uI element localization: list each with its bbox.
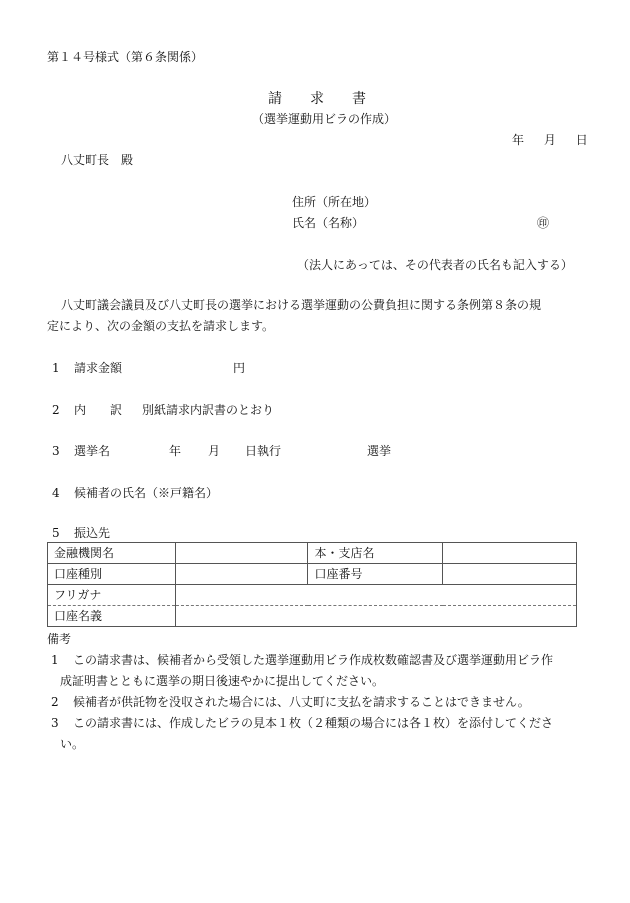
branch-name-field[interactable] [443, 543, 577, 564]
date-day: 日 [576, 133, 588, 147]
item-label: 振込先 [74, 526, 110, 540]
body-text-line2: 定により、次の金額の支払を請求します。 [47, 319, 274, 333]
date-year: 年 [512, 133, 524, 147]
document-subtitle: （選挙運動用ビラの作成） [252, 112, 396, 126]
account-holder-label: 口座名義 [48, 606, 176, 627]
form-number: 第１４号様式（第６条関係） [47, 50, 203, 64]
item-4: 4 候補者の氏名（※戸籍名） [52, 486, 60, 500]
table-row: 口座種別 口座番号 [48, 564, 577, 585]
item-label: 候補者の氏名（※戸籍名） [74, 486, 218, 500]
remark-number: 3 [51, 713, 59, 734]
remarks-heading: 備考 [47, 632, 71, 646]
furigana-field[interactable] [175, 585, 576, 606]
bank-name-field[interactable] [175, 543, 308, 564]
addressee: 八丈町長 殿 [61, 153, 133, 167]
remark-1: 1 この請求書は、候補者から受領した選挙運動用ビラ作成枚数確認書及び選挙運動用ビ… [47, 650, 587, 692]
account-number-field[interactable] [443, 564, 577, 585]
election-year: 年 [169, 444, 181, 458]
item-value: 別紙請求内訳書のとおり [142, 403, 274, 417]
item-2: 2 内 訳 別紙請求内訳書のとおり [52, 403, 60, 417]
item-1: 1 請求金額 円 [52, 361, 60, 375]
date-month: 月 [544, 133, 556, 147]
remark-text-line2: い。 [47, 734, 587, 755]
item-number: 4 [52, 486, 60, 500]
item-label: 内 訳 [74, 403, 122, 417]
remark-text-line1: この請求書には、作成したビラの見本１枚（２種類の場合には各１枚）を添付してくださ [47, 713, 587, 734]
seal-mark: ㊞ [537, 216, 549, 230]
bank-transfer-table: 金融機関名 本・支店名 口座種別 口座番号 フリガナ 口座名義 [47, 542, 577, 627]
item-value: 円 [233, 361, 245, 375]
item-5: 5 振込先 [52, 526, 60, 540]
election-month: 月 [208, 444, 220, 458]
item-3: 3 選挙名 年 月 日執行 選挙 [52, 444, 60, 458]
remark-text-line2: 成証明書とともに選挙の期日後速やかに提出してください。 [47, 671, 587, 692]
election-day: 日執行 [245, 444, 281, 458]
table-row: 口座名義 [48, 606, 577, 627]
remark-number: 1 [51, 650, 59, 671]
branch-name-label: 本・支店名 [308, 543, 443, 564]
item-label: 選挙名 [74, 444, 110, 458]
table-row: フリガナ [48, 585, 577, 606]
item-number: 2 [52, 403, 60, 417]
date-line: 年 月 日 [512, 133, 588, 147]
election-name: 選挙 [367, 444, 391, 458]
account-number-label: 口座番号 [308, 564, 443, 585]
remark-3: 3 この請求書には、作成したビラの見本１枚（２種類の場合には各１枚）を添付してく… [47, 713, 587, 755]
item-number: 1 [52, 361, 60, 375]
item-number: 5 [52, 526, 60, 540]
bank-name-label: 金融機関名 [48, 543, 176, 564]
remark-number: 2 [51, 692, 59, 713]
document-title: 請 求 書 [268, 92, 366, 106]
account-type-field[interactable] [175, 564, 308, 585]
account-type-label: 口座種別 [48, 564, 176, 585]
table-row: 金融機関名 本・支店名 [48, 543, 577, 564]
remark-text-line1: この請求書は、候補者から受領した選挙運動用ビラ作成枚数確認書及び選挙運動用ビラ作 [47, 650, 587, 671]
remark-text-line1: 候補者が供託物を没収された場合には、八丈町に支払を請求することはできません。 [47, 692, 587, 713]
item-number: 3 [52, 444, 60, 458]
item-label: 請求金額 [74, 361, 122, 375]
furigana-label: フリガナ [48, 585, 176, 606]
remark-2: 2 候補者が供託物を没収された場合には、八丈町に支払を請求することはできません。 [47, 692, 587, 713]
name-label: 氏名（名称） [292, 216, 364, 230]
corporate-note: （法人にあっては、その代表者の氏名も記入する） [297, 258, 573, 272]
body-text-line1: 八丈町議会議員及び八丈町長の選挙における選挙運動の公費負担に関する条例第８条の規 [61, 298, 541, 312]
address-label: 住所（所在地） [292, 195, 376, 209]
account-holder-field[interactable] [175, 606, 576, 627]
